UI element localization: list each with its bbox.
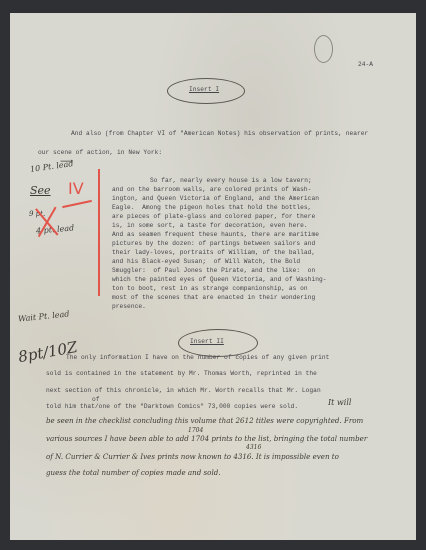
handwritten-line: of N. Currier & Currier & Ives prints no… (46, 453, 339, 460)
handwritten-line: various sources I have been able to add … (46, 435, 367, 442)
insert-two-heading: Insert II (190, 339, 224, 345)
quote-line: So far, nearly every house is a low tave… (150, 178, 312, 184)
quote-line: Eagle. Among the pigeon holes that hold … (112, 205, 311, 211)
document-page: 24-A Insert I And also (from Chapter VI … (10, 13, 416, 540)
red-margin-bar (98, 169, 100, 296)
handwritten-line: be seen in the checklist concluding this… (46, 417, 363, 424)
insert-one-intro-line-1: And also (from Chapter VI of "American N… (71, 131, 368, 137)
quote-line: is, in some sort, a taste for decoration… (112, 223, 308, 229)
insert-two-line: next section of this chronicle, in which… (46, 388, 321, 394)
margin-note-see: See (30, 185, 51, 196)
insert-two-line: sold is contained in the statement by Mr… (46, 371, 317, 377)
margin-note-lower-lead: Wait Pt. lead (18, 310, 70, 323)
quote-line: ton to boot, rest in as strange companio… (112, 286, 308, 292)
quote-line: are pieces of plate-glass and colored pa… (112, 214, 315, 220)
page-number: 24-A (358, 62, 373, 68)
quote-line: ington, and Queen Victoria of England, a… (112, 196, 319, 202)
arrow-mark: ⟶ (60, 158, 73, 167)
quote-line: Smuggler: of Paul Jones the Pirate, and … (112, 268, 315, 274)
insert-one-heading: Insert I (189, 87, 219, 93)
quote-line: and on the barroom walls, are colored pr… (112, 187, 311, 193)
quote-line: which the painted eyes of Queen Victoria… (112, 277, 327, 283)
quote-line: their lady-loves, portraits of William, … (112, 250, 315, 256)
handwritten-line: guess the total number of copies made an… (46, 469, 221, 476)
quote-line: And as seamen frequent these haunts, the… (112, 232, 319, 238)
interlinear-number-4316: 4316 (246, 445, 261, 451)
quote-line: most of the scenes that are enacted in t… (112, 295, 315, 301)
quote-line: presence. (112, 304, 146, 310)
quote-line: pictures by the dozen: of partings betwe… (112, 241, 315, 247)
insert-one-intro-line-2: our scene of action, in New York: (38, 150, 162, 156)
handwritten-tail: It will (328, 399, 351, 407)
quote-line: and his Black-eyed Susan; of Will Watch,… (112, 259, 300, 265)
margin-note-size: 8pt/10Z (17, 340, 78, 365)
red-underline (62, 200, 92, 208)
insert-two-line: told him that/one of the "Darktown Comic… (46, 404, 298, 410)
top-pencil-oval-mark (314, 35, 333, 63)
roman-numeral-four: IV (68, 181, 84, 197)
insert-two-line: The only information I have on the numbe… (66, 355, 329, 361)
